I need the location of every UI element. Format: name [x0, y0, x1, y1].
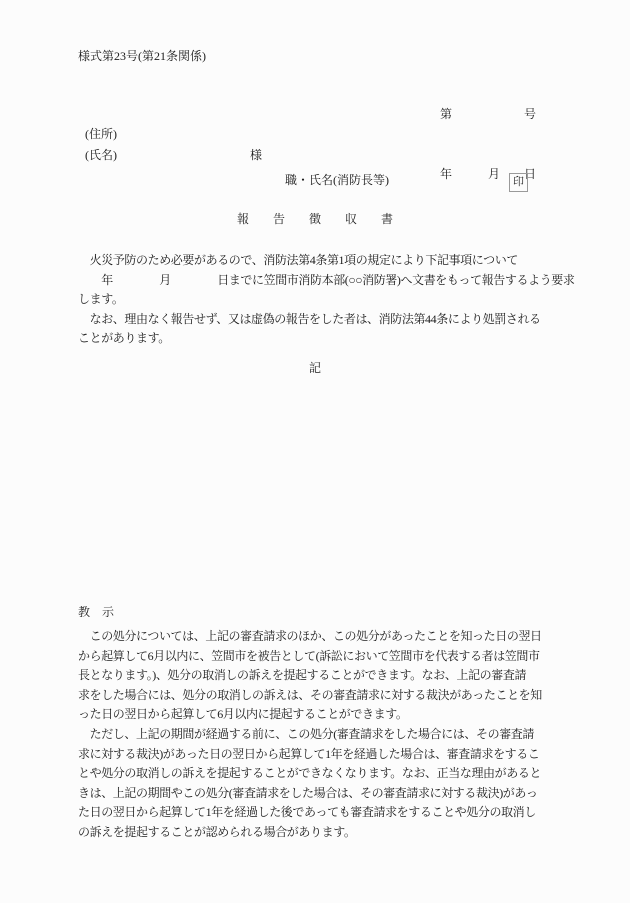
- instruction-paragraph-2: ただし、上記の期間が経過する前に、この処分(審査請求をした場合には、その審査請求…: [78, 725, 564, 843]
- text-line: ことがあります。: [78, 329, 564, 349]
- name-label: (氏名): [85, 147, 117, 163]
- text-line: とや処分の取消しの訴えを提起することができなくなります。なお、正当な理由があると: [78, 764, 564, 784]
- instruction-section: 教 示 この処分については、上記の審査請求のほか、この処分があったことを知った日…: [78, 604, 564, 843]
- seal-stamp-box: 印: [509, 173, 528, 192]
- text-line: 火災予防のため必要があるので、消防法第4条第1項の規定により下記事項について: [78, 251, 564, 271]
- instruction-heading: 教 示: [78, 604, 564, 620]
- text-line: なお、理由なく報告せず、又は虚偽の報告をした者は、消防法第44条により処罰される: [78, 310, 564, 330]
- ki-marker: 記: [0, 360, 630, 376]
- text-line: 求をした場合には、処分の取消しの訴えは、その審査請求に対する裁決があったことを知: [78, 686, 564, 706]
- text-line: 長となります。)、処分の取消しの訴えを提起することができます。なお、上記の審査請: [78, 666, 564, 686]
- text-line: きは、上記の期間やこの処分(審査請求をした場合は、その審査請求に対する裁決)があ…: [78, 784, 564, 804]
- reference-block: 第 号 年 月 日: [440, 64, 536, 224]
- address-label: (住所): [85, 126, 117, 142]
- body-text: 火災予防のため必要があるので、消防法第4条第1項の規定により下記事項について 年…: [78, 251, 564, 349]
- document-page: 様式第23号(第21条関係) 第 号 年 月 日 (住所) (氏名) 様 職・氏…: [0, 0, 630, 903]
- text-line: ただし、上記の期間が経過する前に、この処分(審査請求をした場合には、その審査請: [78, 725, 564, 745]
- honorific-sama: 様: [250, 147, 262, 163]
- form-number: 様式第23号(第21条関係): [78, 48, 206, 64]
- text-line: た日の翌日から起算して1年を経過した後であっても審査請求をすることや処分の取消し: [78, 803, 564, 823]
- text-line: の訴えを提起することが認められる場合があります。: [78, 823, 564, 843]
- instruction-paragraph-1: この処分については、上記の審査請求のほか、この処分があったことを知った日の翌日か…: [78, 627, 564, 725]
- text-line: から起算して6月以内に、笠間市を被告として(訴訟において笠間市を代表する者は笠間…: [78, 647, 564, 667]
- text-line: この処分については、上記の審査請求のほか、この処分があったことを知った日の翌日: [78, 627, 564, 647]
- issuer-title-name-line: 職・氏名(消防長等): [285, 172, 389, 188]
- document-title: 報 告 徴 収 書: [0, 211, 630, 227]
- document-number-line: 第 号: [440, 104, 536, 124]
- text-line: 年 月 日までに笠間市消防本部(○○消防署)へ文書をもって報告するよう要求: [78, 271, 564, 291]
- text-line: します。: [78, 290, 564, 310]
- text-line: 求に対する裁決)があった日の翌日から起算して1年を経過した場合は、審査請求をする…: [78, 745, 564, 765]
- text-line: った日の翌日から起算して6月以内に提起することができます。: [78, 705, 564, 725]
